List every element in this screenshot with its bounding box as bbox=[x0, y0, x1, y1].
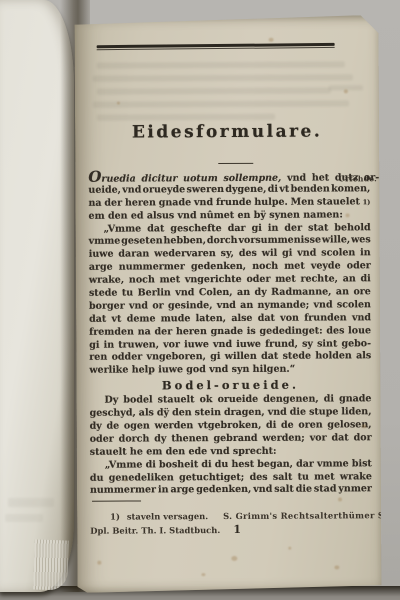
foxing-spot bbox=[344, 89, 348, 93]
bleed-through-text bbox=[5, 514, 43, 522]
bleed-through-text bbox=[97, 114, 275, 121]
bleed-through-text bbox=[97, 87, 331, 94]
footnote-rule bbox=[92, 500, 141, 501]
paragraph-bodel-quote: „Vmmedibosheitdiduhestbegan,darvmmebistd… bbox=[90, 458, 372, 498]
title-rule bbox=[218, 163, 253, 165]
head-double-rule bbox=[97, 43, 335, 50]
book-page: Eidesformulare. Urfehde. Oruedia dicitur… bbox=[74, 15, 381, 593]
page-title: Eidesformulare. bbox=[75, 121, 379, 143]
foxing-spot bbox=[269, 38, 274, 42]
foxing-spot bbox=[97, 561, 101, 565]
foxing-spot bbox=[288, 547, 291, 550]
book-photo: Eidesformulare. Urfehde. Oruedia dicitur… bbox=[0, 0, 400, 600]
foxing-spot bbox=[334, 565, 339, 569]
text-column: Oruedia dicitur uotum sollempne, vnd het… bbox=[88, 170, 372, 498]
foxing-spot bbox=[124, 479, 127, 482]
foxing-spot bbox=[117, 102, 120, 105]
bleed-through-text bbox=[97, 61, 345, 68]
footnote-reference: S. Grimm's Rechtsalterthümer S. 902. bbox=[223, 510, 400, 521]
foxing-spot bbox=[338, 497, 342, 501]
foxing-spot bbox=[231, 556, 237, 561]
foxing-spot bbox=[362, 424, 367, 428]
bleed-through-text bbox=[8, 498, 54, 507]
footnote: 1) staveln versagen. S. Grimm's Rechtsal… bbox=[90, 509, 372, 522]
paragraph-latin-orueide: Oruedia dicitur uotum sollempne, vnd het… bbox=[88, 170, 370, 223]
footnote-text: staveln versagen. bbox=[127, 511, 208, 521]
text-line: nummermerinargegedenken,vndsaltdiestadyn… bbox=[90, 484, 372, 498]
printer-signature: Dpl. Beitr. Th. I. Stadtbuch. bbox=[90, 525, 220, 536]
paragraph-oath-quote: „Vmmedatgescheftedargiinderstatbeholdvmm… bbox=[89, 222, 372, 378]
text-line: renoddervngeboren,giwillendatstedeholden… bbox=[89, 351, 371, 365]
bleed-through-text bbox=[93, 100, 349, 107]
foxing-spot bbox=[201, 573, 205, 576]
section-heading-bodel-orueide: Bodel-orueide. bbox=[89, 377, 371, 395]
footnote-marker: 1) bbox=[110, 512, 120, 522]
paragraph-bodel: Dybodelstaueltokorueidedengenen,dignadeg… bbox=[89, 394, 371, 460]
foxing-spot bbox=[346, 213, 350, 217]
bleed-through-text bbox=[93, 74, 353, 81]
page-number: 1 bbox=[225, 523, 249, 536]
text-line: dydeogenwerdenvtgebroken,dideorengelosen… bbox=[90, 419, 372, 433]
